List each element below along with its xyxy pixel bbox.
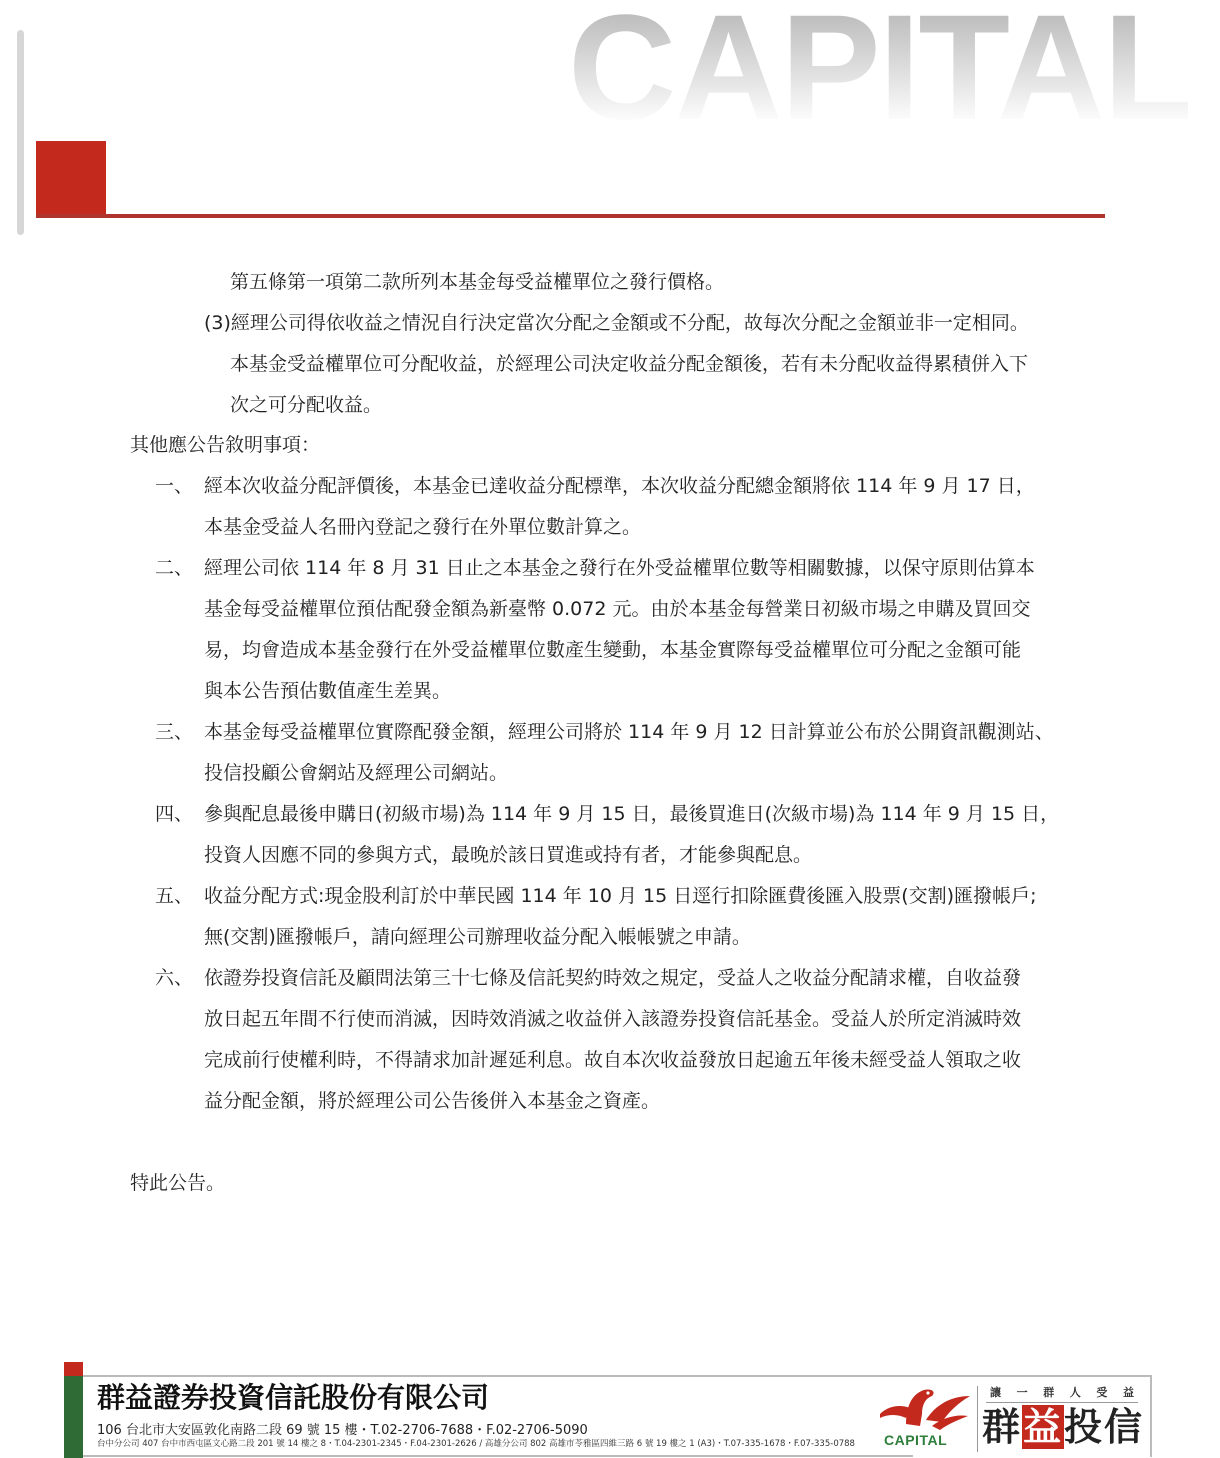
- item-number: 五、: [155, 884, 193, 908]
- continuation-line: 本基金受益權單位可分配收益，於經理公司決定收益分配金額後，若有未分配收益得累積併…: [230, 352, 1028, 376]
- continuation-line: (3)經理公司得依收益之情況自行決定當次分配之金額或不分配，故每次分配之金額並非…: [204, 311, 1029, 335]
- item-line: 投資人因應不同的參與方式，最晚於該日買進或持有者，才能參與配息。: [204, 843, 812, 867]
- closing-statement: 特此公告。: [130, 1171, 225, 1195]
- item-line: 本基金受益人名冊內登記之發行在外單位數計算之。: [204, 515, 641, 539]
- footer-bottom-rule: [83, 1455, 913, 1457]
- slogan-underline: [986, 1402, 1138, 1403]
- footer-red-accent: [64, 1362, 83, 1376]
- footer-green-bar: [64, 1376, 83, 1458]
- item-line: 無(交割)匯撥帳戶，請向經理公司辦理收益分配入帳帳號之申請。: [204, 925, 751, 949]
- item-line: 完成前行使權利時，不得請求加計遲延利息。故自本次收益發放日起逾五年後未經受益人領…: [204, 1048, 1021, 1072]
- item-line: 經本次收益分配評價後，本基金已達收益分配標準，本次收益分配總金額將依 114 年…: [204, 474, 1035, 498]
- slogan-char: 一: [1017, 1384, 1028, 1400]
- head-office-address: 106 台北市大安區敦化南路二段 69 號 15 樓・T.02-2706-768…: [97, 1419, 588, 1438]
- item-line: 易，均會造成本基金發行在外受益權單位數產生變動，本基金實際每受益權單位可分配之金…: [204, 638, 1021, 662]
- company-name: 群益證券投資信託股份有限公司: [97, 1380, 489, 1416]
- item-line: 益分配金額，將於經理公司公告後併入本基金之資產。: [204, 1089, 660, 1113]
- item-line: 基金每受益權單位預估配發金額為新臺幣 0.072 元。由於本基金每營業日初級市場…: [204, 597, 1030, 621]
- item-line: 依證券投資信託及顧問法第三十七條及信託契約時效之規定，受益人之收益分配請求權，自…: [204, 966, 1021, 990]
- slogan-char: 益: [1123, 1384, 1134, 1400]
- slogan-char: 人: [1070, 1384, 1081, 1400]
- continuation-line: 次之可分配收益。: [230, 393, 382, 417]
- item-number: 一、: [155, 474, 193, 498]
- brand-name: 群益投信: [982, 1404, 1144, 1450]
- slogan-char: 受: [1096, 1384, 1107, 1400]
- item-number: 三、: [155, 720, 193, 744]
- capital-watermark: CAPITAL: [568, 2, 1188, 132]
- item-line: 投信投顧公會網站及經理公司網站。: [204, 761, 508, 785]
- item-line: 本基金每受益權單位實際配發金額，經理公司將於 114 年 9 月 12 日計算並…: [204, 720, 1054, 744]
- item-number: 六、: [155, 966, 193, 990]
- item-line: 與本公告預估數值產生差異。: [204, 679, 451, 703]
- capital-logo: CAPITAL: [876, 1384, 972, 1454]
- brand-highlight: 益: [1022, 1405, 1064, 1449]
- logo-wordmark: CAPITAL: [884, 1432, 947, 1448]
- slogan: 讓 一 群 人 受 益: [986, 1384, 1138, 1400]
- letterhead-footer: 群益證券投資信託股份有限公司 106 台北市大安區敦化南路二段 69 號 15 …: [64, 1362, 1152, 1458]
- header-red-block: [36, 141, 106, 218]
- logo-divider: [977, 1386, 978, 1452]
- slogan-char: 群: [1043, 1384, 1054, 1400]
- continuation-line: 第五條第一項第二款所列本基金每受益權單位之發行價格。: [230, 270, 724, 294]
- eagle-logo-icon: [876, 1384, 972, 1434]
- branch-addresses: 台中分公司 407 台中市西屯區文心路二段 201 號 14 樓之 8・T.04…: [97, 1437, 855, 1449]
- brand-char: 群: [982, 1405, 1022, 1449]
- item-line: 參與配息最後申購日(初級市場)為 114 年 9 月 15 日，最後買進日(次級…: [204, 802, 1059, 826]
- header-divider: [36, 214, 1105, 218]
- item-number: 四、: [155, 802, 193, 826]
- item-number: 二、: [155, 556, 193, 580]
- slogan-char: 讓: [990, 1384, 1001, 1400]
- footer-top-rule: [83, 1375, 1151, 1377]
- scrollbar[interactable]: [17, 30, 24, 235]
- footer-right-rule: [1150, 1375, 1152, 1457]
- item-line: 經理公司依 114 年 8 月 31 日止之本基金之發行在外受益權單位數等相關數…: [204, 556, 1035, 580]
- item-line: 放日起五年間不行使而消滅，因時效消滅之收益併入該證券投資信託基金。受益人於所定消…: [204, 1007, 1021, 1031]
- section-title: 其他應公告敘明事項：: [130, 433, 320, 457]
- item-line: 收益分配方式:現金股利訂於中華民國 114 年 10 月 15 日逕行扣除匯費後…: [204, 884, 1037, 908]
- brand-suffix: 投信: [1064, 1405, 1144, 1449]
